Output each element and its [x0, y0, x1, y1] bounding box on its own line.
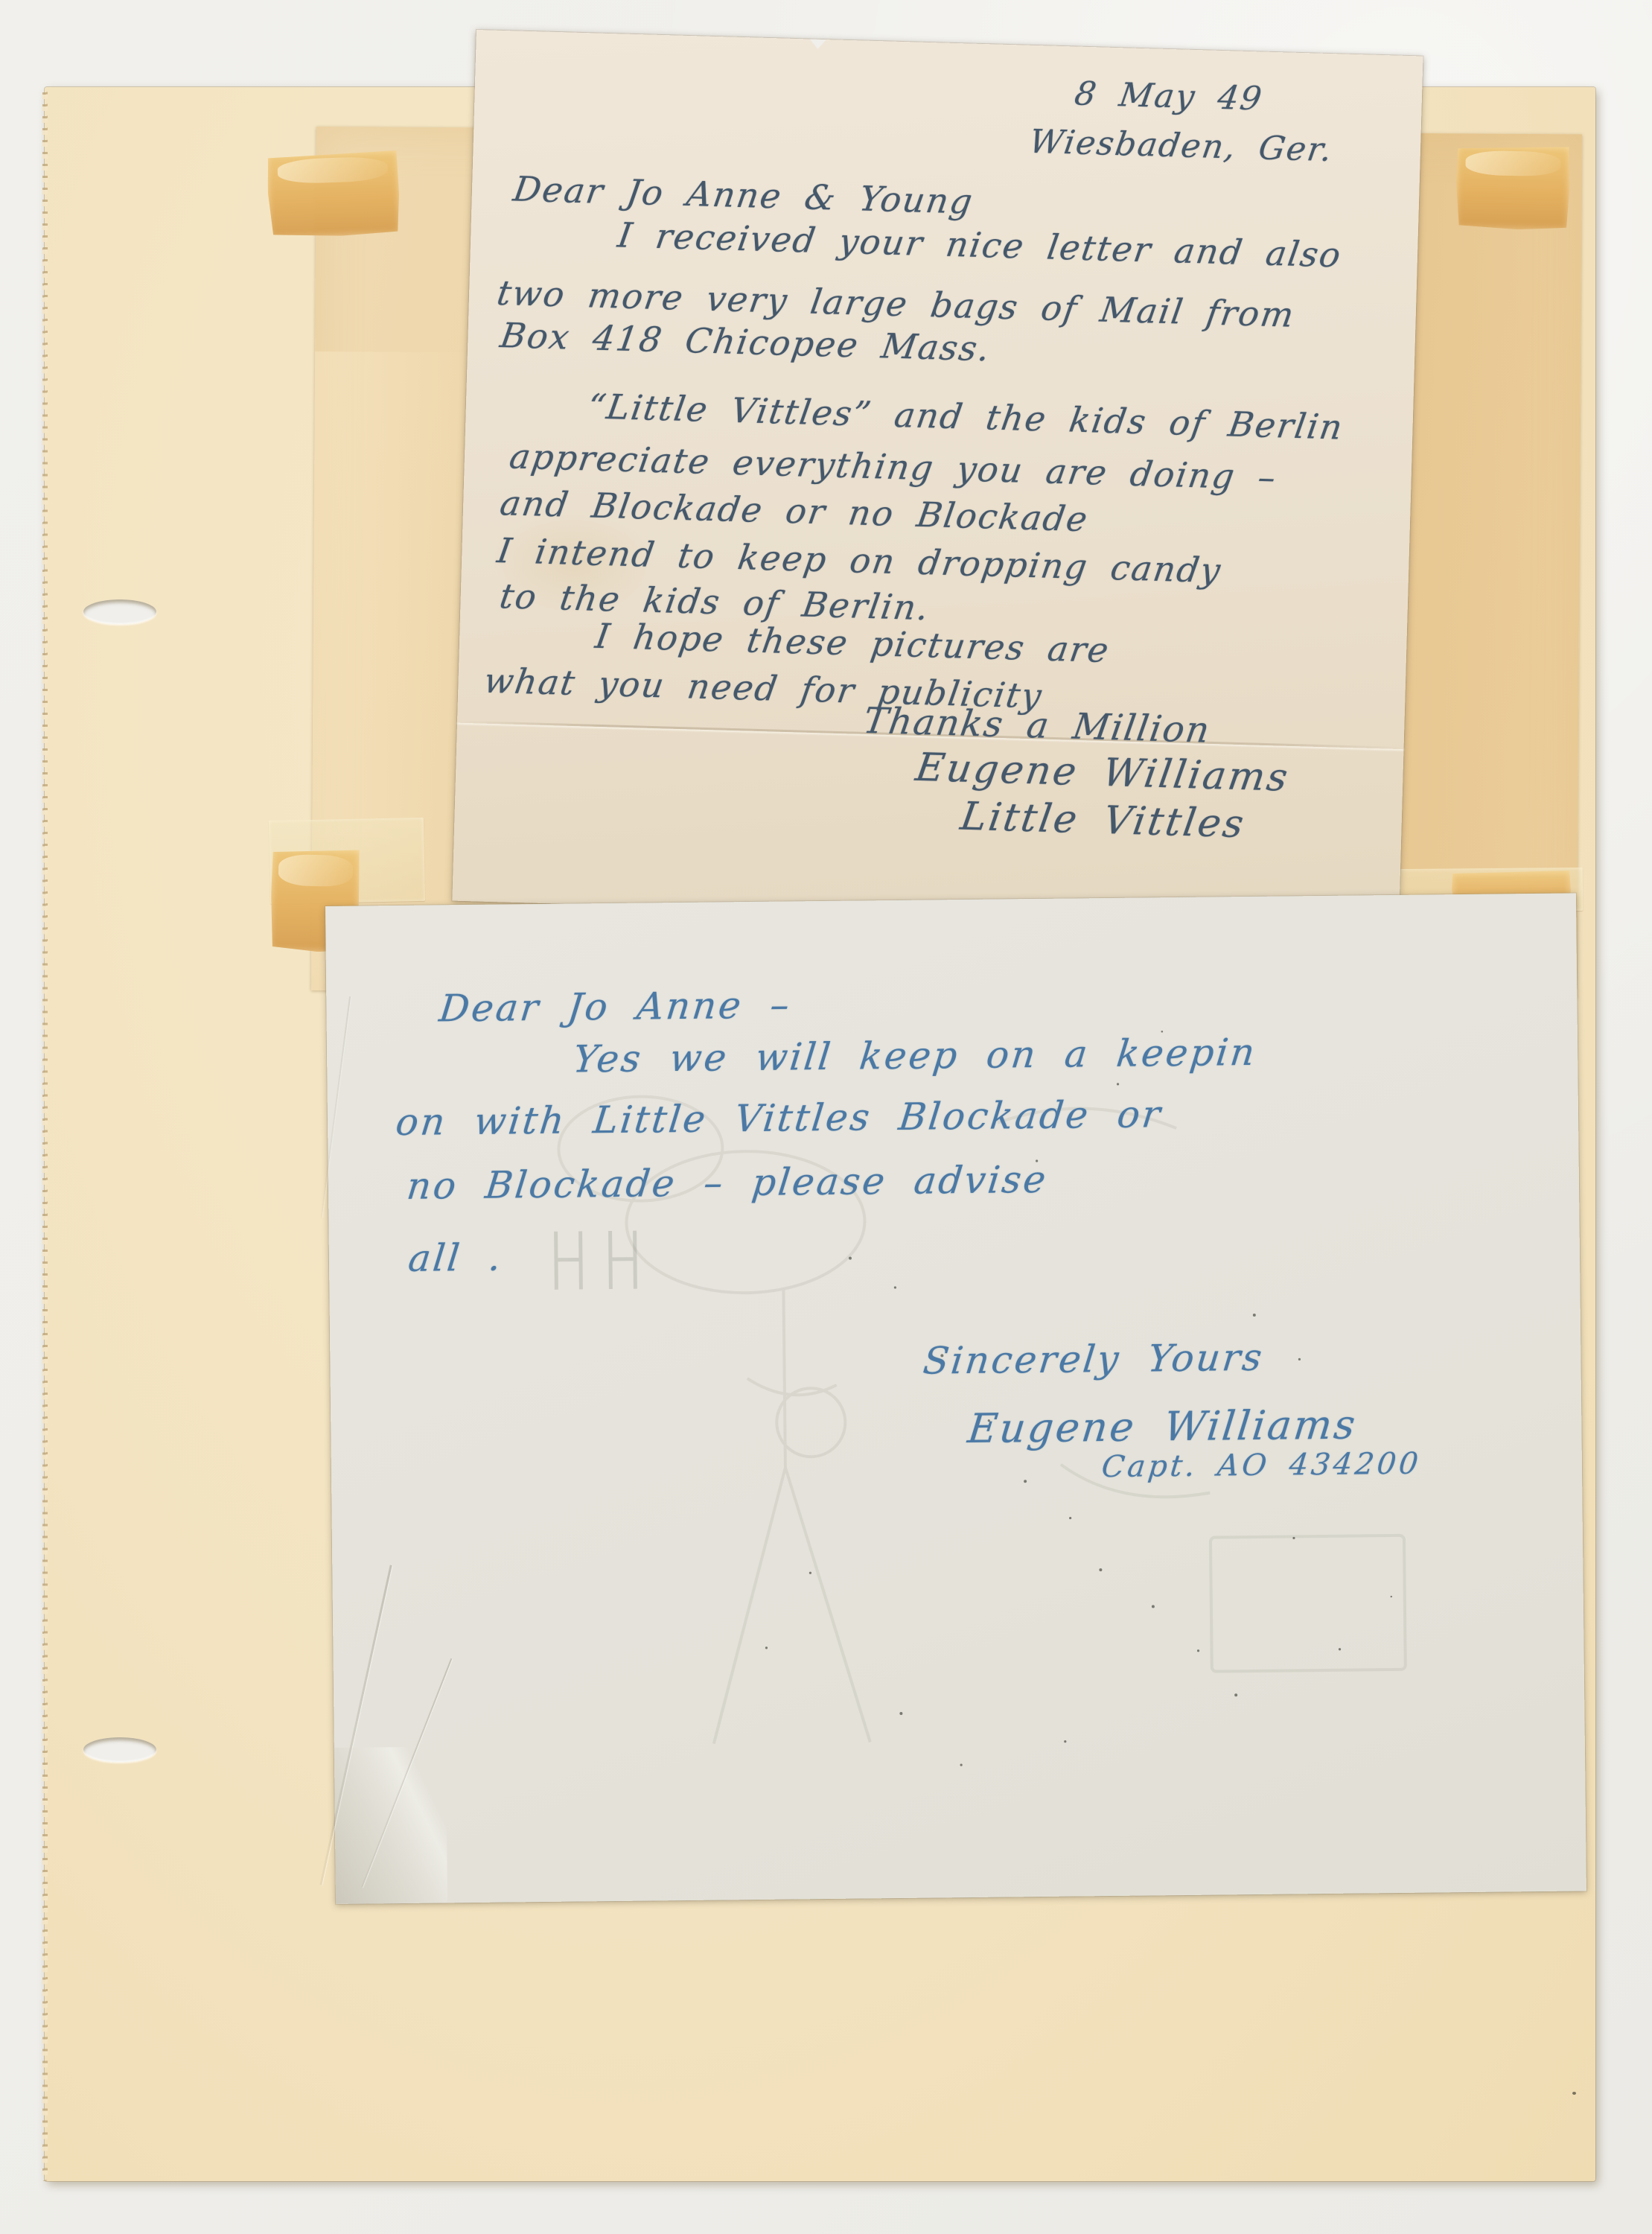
letter2-closing: Sincerely Yours [921, 1336, 1266, 1383]
deckled-left-edge [42, 87, 48, 2181]
binder-hole-bottom [83, 1737, 156, 1762]
tape-top-right [1455, 145, 1570, 231]
tape-gloss [277, 156, 388, 185]
tape-gloss [278, 854, 353, 887]
tape-gloss [1465, 150, 1560, 177]
binder-hole-top [83, 599, 156, 624]
letter1-body-line: I received your nice letter and also [615, 215, 1345, 276]
letter2-salutation: Dear Jo Anne – [437, 983, 794, 1030]
letter1-body-line: “Little Vittles” and the kids of Berlin [585, 386, 1347, 447]
letter1-place: Wiesbaden, Ger. [1027, 123, 1336, 169]
tape-top-left [267, 150, 401, 238]
letter2-rank-serial: Capt. AO 434200 [1100, 1447, 1423, 1485]
letter1-salutation: Dear Jo Anne & Young [511, 169, 976, 222]
creased-corner [334, 1746, 447, 1904]
letter1-signoff-org: Little Vittles [957, 795, 1248, 847]
handwritten-letter-bottom: Dear Jo Anne – Yes we will keep on a kee… [325, 893, 1586, 1904]
ink-speck [1572, 2092, 1576, 2095]
letter2-body-line: no Blockade – please advise [405, 1158, 1050, 1208]
letter1-signature: Eugene Williams [913, 745, 1292, 801]
letter2-body-line: all . [406, 1235, 506, 1279]
letter2-body-line: Yes we will keep on a keepin [571, 1031, 1259, 1081]
paper-tear-notch [809, 39, 826, 50]
letter2-signature: Eugene Williams [966, 1401, 1359, 1452]
letter1-closing: Thanks a Million [861, 700, 1214, 751]
letter2-body-line: on with Little Vittles Blockade or [394, 1092, 1164, 1144]
letter1-body-line: and Blockade or no Blockade [497, 483, 1091, 539]
scanner-background: { "document": { "kind": "Scanned scrapbo… [0, 0, 1652, 2234]
letter1-date: 8 May 49 [1072, 75, 1266, 118]
letter1-body-line: I hope these pictures are [593, 616, 1112, 670]
handwritten-letter-top: 8 May 49 Wiesbaden, Ger. Dear Jo Anne & … [452, 30, 1423, 927]
